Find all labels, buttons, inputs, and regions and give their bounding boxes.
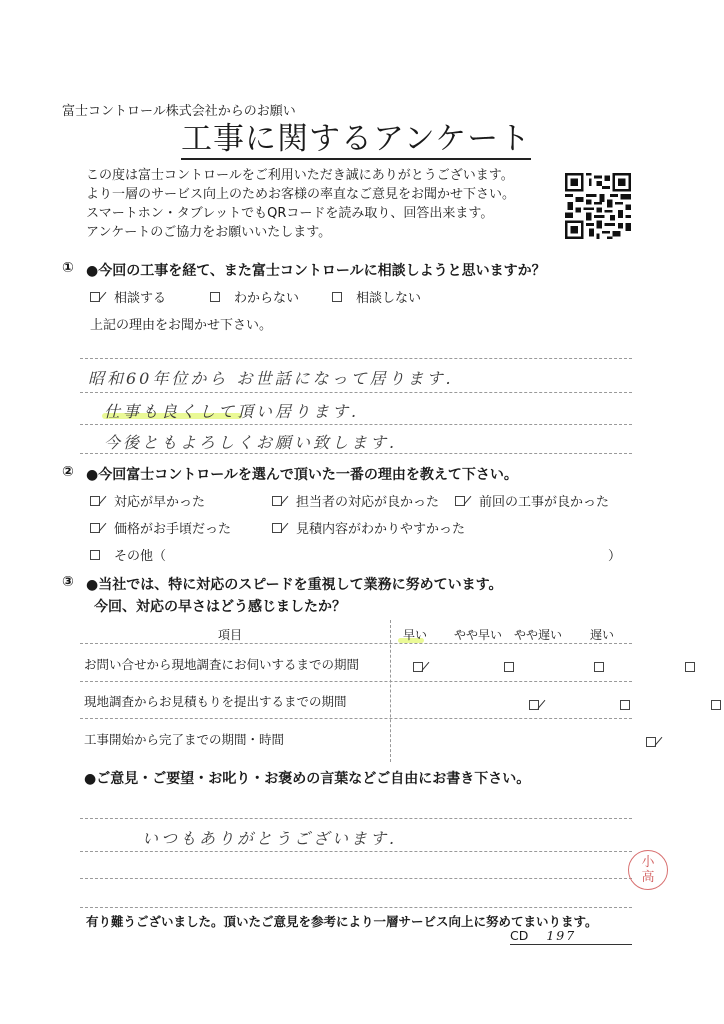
q3-question-line2: 今回、対応の早さはどう感じましたか？ bbox=[94, 596, 346, 616]
q2-option-other[interactable]: その他（ bbox=[90, 545, 166, 564]
q1-handwritten-line: 仕事も良くして頂い居ります. bbox=[104, 399, 359, 422]
table-header-fast: 早い bbox=[403, 626, 427, 643]
checkbox-icon[interactable] bbox=[90, 550, 100, 560]
table-row-label: 現地調査からお見積もりを提出するまでの期間 bbox=[84, 692, 347, 710]
checkbox-checked-icon[interactable] bbox=[455, 496, 465, 506]
checkbox-checked-icon[interactable] bbox=[272, 523, 282, 533]
intro-text: この度は富士コントロールをご利用いただき誠にありがとうございます。 より一層のサ… bbox=[86, 166, 556, 242]
checkbox-checked-icon[interactable] bbox=[90, 523, 100, 533]
comments-prompt: ●ご意見・ご要望・お叱り・お褒めの言葉などご自由にお書き下さい。 bbox=[84, 768, 530, 788]
q1-reason-prompt: 上記の理由をお聞かせ下さい。 bbox=[90, 314, 272, 333]
checkbox-checked-icon[interactable] bbox=[90, 496, 100, 506]
q3-number: ③ bbox=[62, 574, 74, 590]
answer-line bbox=[80, 424, 632, 425]
intro-line: スマートホン・タブレットでもQRコードを読み取り、回答出来ます。 bbox=[86, 204, 556, 223]
q2-option-previous-work[interactable]: 前回の工事が良かった bbox=[455, 491, 609, 510]
q1-number: ① bbox=[62, 260, 74, 276]
cd-field: CD197 bbox=[510, 928, 632, 945]
hanko-stamp: 小 高 bbox=[628, 850, 668, 890]
q1-option-no-consult[interactable]: 相談しない bbox=[332, 287, 421, 306]
q2-other-close-paren: ） bbox=[608, 545, 621, 564]
checkbox-icon[interactable] bbox=[332, 292, 342, 302]
checkbox-icon[interactable] bbox=[594, 662, 604, 672]
q1-option-unsure[interactable]: わからない bbox=[210, 287, 299, 306]
q2-number: ② bbox=[62, 464, 74, 480]
option-label: 対応が早かった bbox=[114, 491, 205, 510]
q2-option-price[interactable]: 価格がお手頃だった bbox=[90, 518, 231, 537]
checkbox-checked-icon[interactable] bbox=[529, 700, 539, 710]
option-label: 担当者の対応が良かった bbox=[296, 491, 439, 510]
answer-line bbox=[80, 878, 632, 879]
q1-option-consult[interactable]: 相談する bbox=[90, 287, 166, 306]
checkbox-icon[interactable] bbox=[711, 700, 721, 710]
checkbox-checked-icon[interactable] bbox=[272, 496, 282, 506]
intro-line: この度は富士コントロールをご利用いただき誠にありがとうございます。 bbox=[86, 166, 556, 185]
q1-handwritten-line: 昭和60年位から お世話になって居ります. bbox=[88, 366, 454, 389]
answer-line bbox=[80, 358, 632, 359]
q2-option-clear-estimate[interactable]: 見積内容がわかりやすかった bbox=[272, 518, 465, 537]
table-row-divider bbox=[80, 718, 632, 719]
table-header-somewhat-slow: やや遅い bbox=[514, 626, 562, 643]
intro-line: より一層のサービス向上のためお客様の率直なご意見をお聞かせ下さい。 bbox=[86, 185, 556, 204]
option-label: 相談する bbox=[114, 287, 166, 306]
checkbox-icon[interactable] bbox=[210, 292, 220, 302]
checkbox-icon[interactable] bbox=[620, 700, 630, 710]
answer-line bbox=[80, 818, 632, 819]
q1-question: ●今回の工事を経て、また富士コントロールに相談しようと思いますか？ bbox=[86, 260, 546, 280]
q2-question: ●今回富士コントロールを選んで頂いた一番の理由を教えて下さい。 bbox=[86, 464, 518, 484]
stamp-char: 高 bbox=[629, 870, 667, 885]
page-title: 工事に関するアンケート bbox=[181, 120, 531, 160]
intro-line: アンケートのご協力をお願いいたします。 bbox=[86, 223, 556, 242]
option-label: その他（ bbox=[114, 545, 166, 564]
checkbox-checked-icon[interactable] bbox=[646, 737, 656, 747]
table-row-divider bbox=[80, 681, 632, 682]
checkbox-checked-icon[interactable] bbox=[413, 662, 423, 672]
answer-line bbox=[80, 453, 632, 454]
footer-divider bbox=[80, 907, 632, 908]
option-label: 価格がお手頃だった bbox=[114, 518, 231, 537]
answer-line bbox=[80, 392, 632, 393]
answer-line bbox=[80, 851, 632, 852]
table-row-divider bbox=[80, 643, 632, 644]
option-label: 見積内容がわかりやすかった bbox=[296, 518, 465, 537]
q1-handwritten-line: 今後ともよろしくお願い致します. bbox=[104, 430, 397, 453]
table-row-label: 工事開始から完了までの期間・時間 bbox=[84, 730, 284, 748]
table-header-somewhat-fast: やや早い bbox=[454, 626, 502, 643]
company-request: 富士コントロール株式会社からのお願い bbox=[62, 100, 296, 119]
checkbox-icon[interactable] bbox=[504, 662, 514, 672]
option-label: 前回の工事が良かった bbox=[479, 491, 609, 510]
table-header-slow: 遅い bbox=[590, 626, 614, 643]
q2-option-good-staff[interactable]: 担当者の対応が良かった bbox=[272, 491, 439, 510]
q3-question-line1: ●当社では、特に対応のスピードを重視して業務に努めています。 bbox=[86, 574, 503, 594]
option-label: わからない bbox=[234, 287, 299, 306]
table-divider bbox=[390, 620, 391, 762]
cd-label: CD bbox=[510, 928, 528, 943]
cd-value: 197 bbox=[546, 928, 576, 943]
checkbox-icon[interactable] bbox=[685, 662, 695, 672]
comments-handwritten: いつもありがとうございます. bbox=[142, 826, 397, 849]
q2-option-fast-response[interactable]: 対応が早かった bbox=[90, 491, 205, 510]
qr-code-icon[interactable] bbox=[565, 173, 631, 239]
table-header-item: 項目 bbox=[218, 626, 242, 643]
checkbox-checked-icon[interactable] bbox=[90, 292, 100, 302]
stamp-char: 小 bbox=[629, 855, 667, 870]
table-row-label: お問い合せから現地調査にお伺いするまでの期間 bbox=[84, 655, 359, 673]
option-label: 相談しない bbox=[356, 287, 421, 306]
